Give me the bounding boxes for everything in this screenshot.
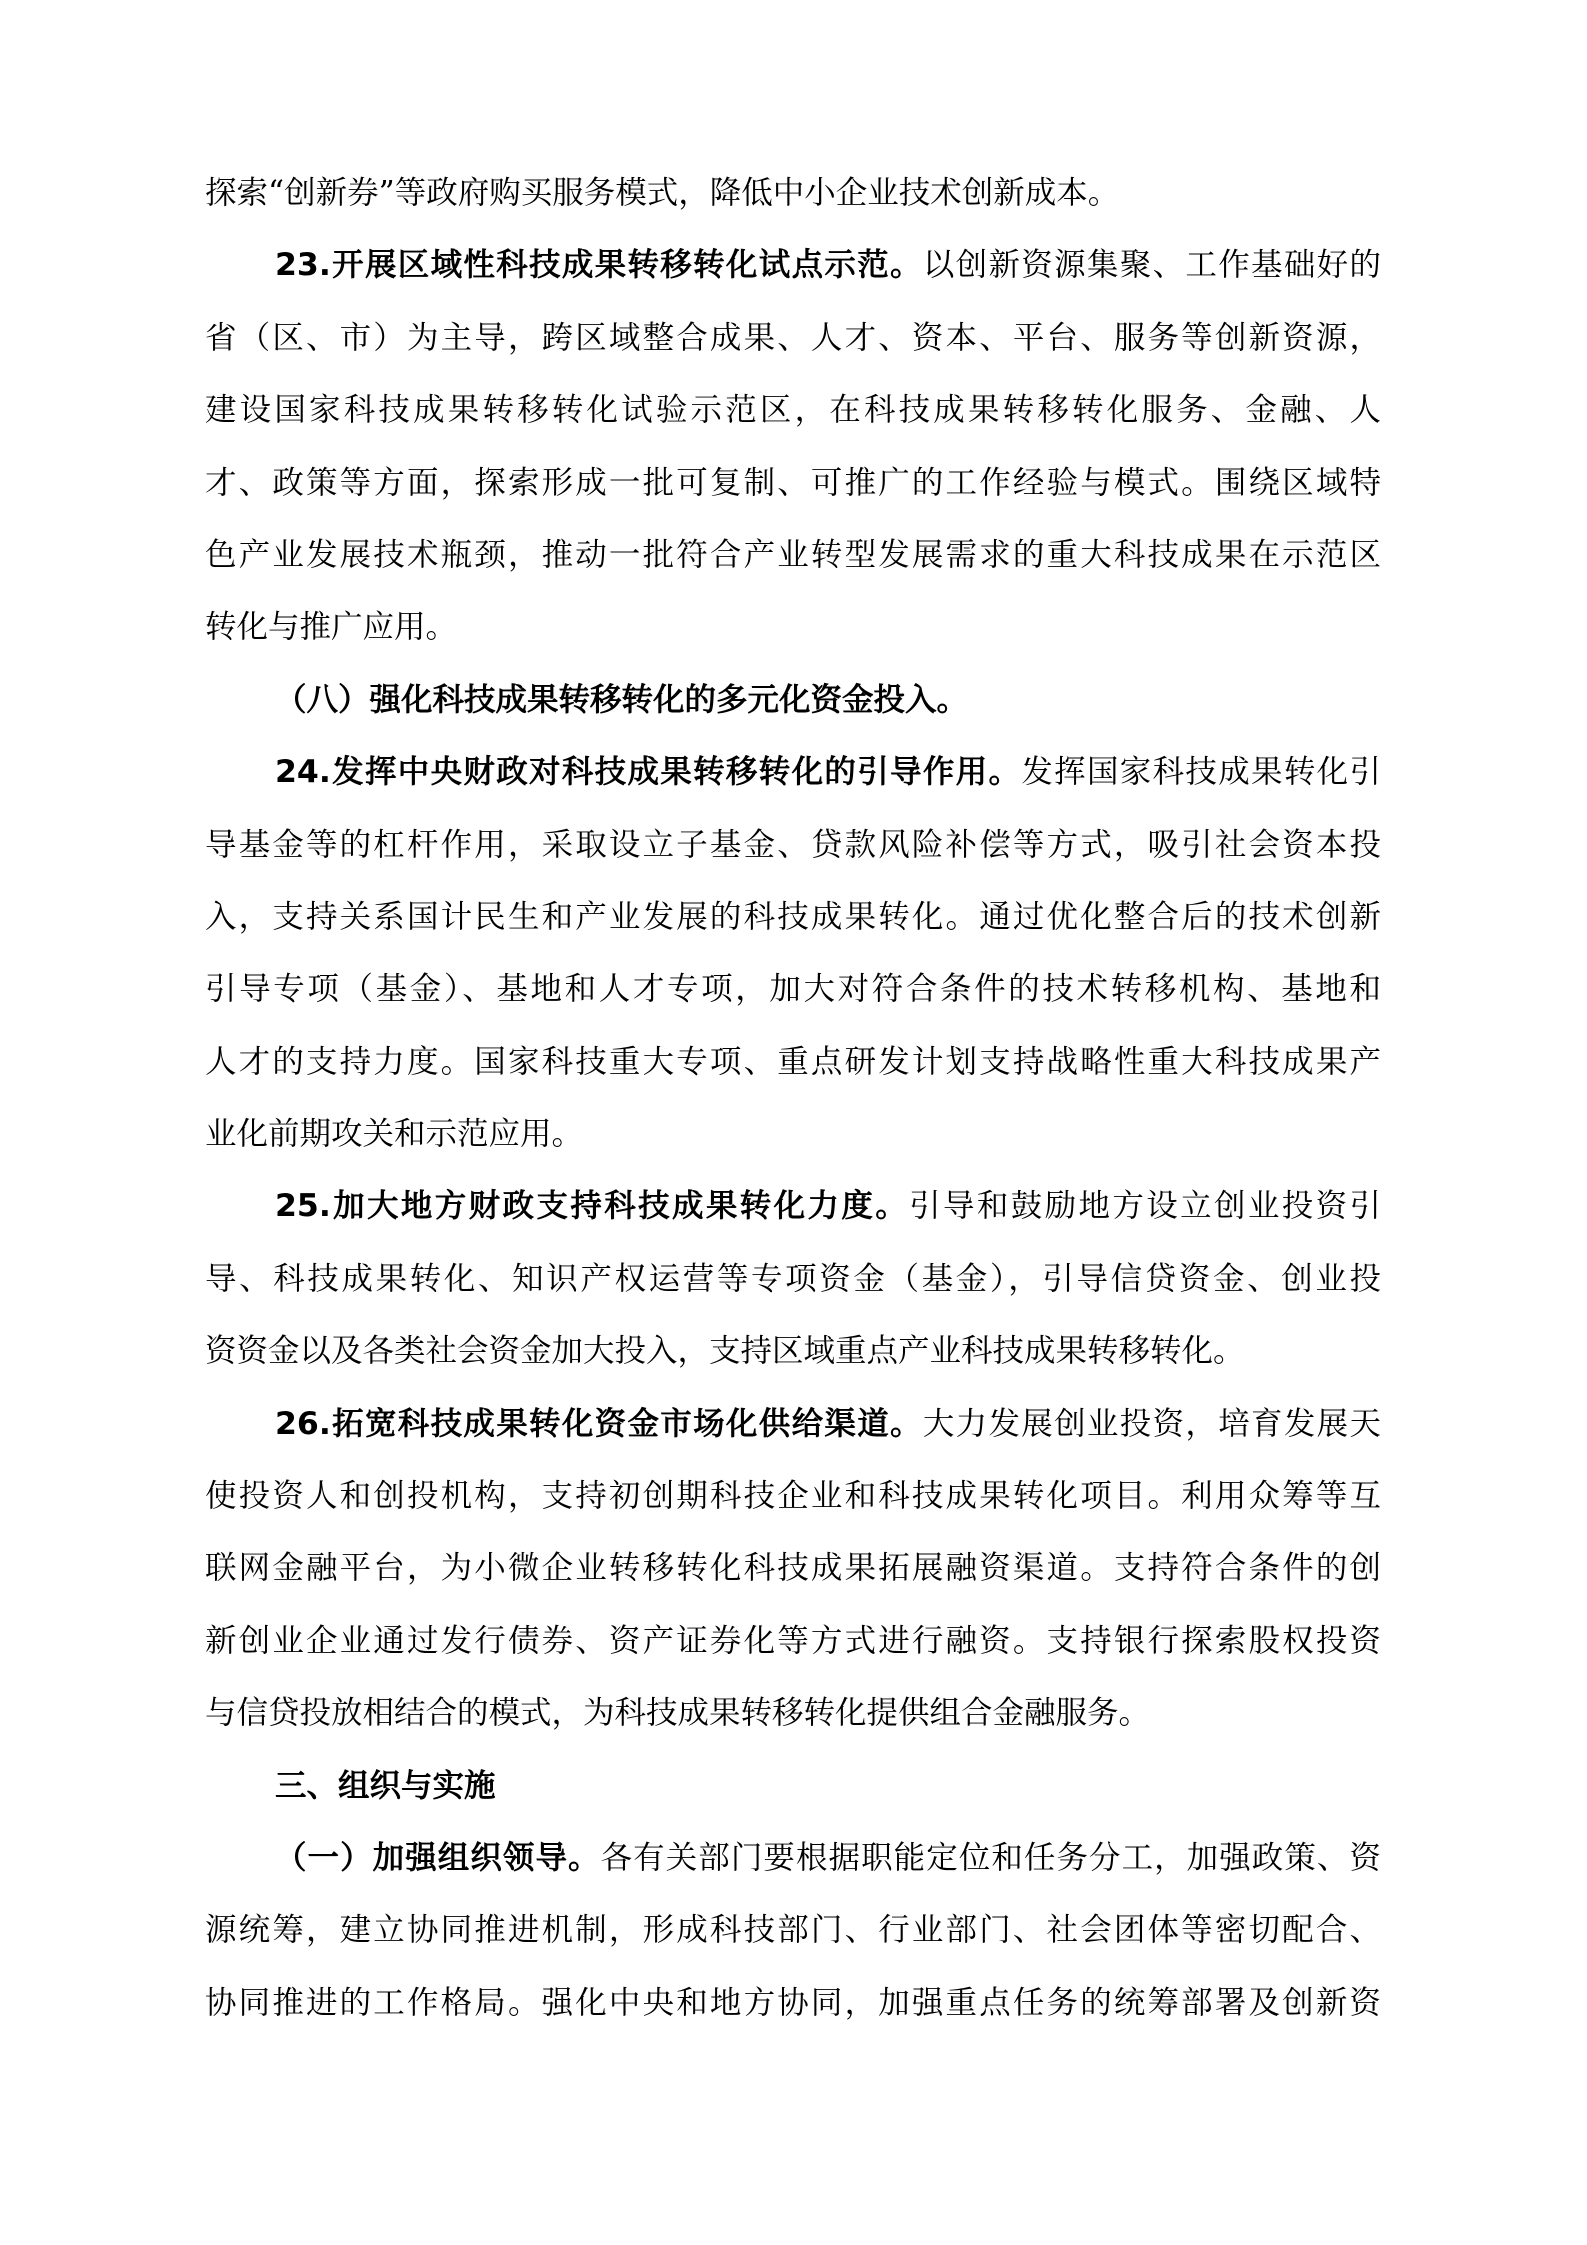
heading-segment: （八）强化科技成果转移转化的多元化资金投入。 xyxy=(275,682,968,718)
body-text-segment: 联网金融平台，为小微企业转移转化科技成果拓展融资渠道。支持符合条件的创 xyxy=(205,1550,1381,1586)
body-text-segment: 源统筹，建立协同推进机制，形成科技部门、行业部门、社会团体等密切配合、 xyxy=(205,1912,1381,1948)
text-line: 省（区、市）为主导，跨区域整合成果、人才、资本、平台、服务等创新资源， xyxy=(205,302,1381,374)
text-line: （八）强化科技成果转移转化的多元化资金投入。 xyxy=(205,664,1381,736)
text-line: 导、科技成果转化、知识产权运营等专项资金（基金），引导信贷资金、创业投 xyxy=(205,1243,1381,1315)
text-line: 25.加大地方财政支持科技成果转化力度。引导和鼓励地方设立创业投资引 xyxy=(205,1170,1381,1242)
body-text-segment: 转化与推广应用。 xyxy=(205,609,457,645)
text-line: 23.开展区域性科技成果转移转化试点示范。以创新资源集聚、工作基础好的 xyxy=(205,229,1381,301)
text-line: 资资金以及各类社会资金加大投入，支持区域重点产业科技成果转移转化。 xyxy=(205,1315,1381,1387)
text-line: 入，支持关系国计民生和产业发展的科技成果转化。通过优化整合后的技术创新 xyxy=(205,881,1381,953)
text-line: （一）加强组织领导。各有关部门要根据职能定位和任务分工，加强政策、资 xyxy=(205,1822,1381,1894)
body-text-segment: 新创业企业通过发行债券、资产证券化等方式进行融资。支持银行探索股权投资 xyxy=(205,1623,1381,1659)
text-line: 联网金融平台，为小微企业转移转化科技成果拓展融资渠道。支持符合条件的创 xyxy=(205,1532,1381,1604)
text-line: 24.发挥中央财政对科技成果转移转化的引导作用。发挥国家科技成果转化引 xyxy=(205,736,1381,808)
body-text-segment: 使投资人和创投机构，支持初创期科技企业和科技成果转化项目。利用众筹等互 xyxy=(205,1478,1381,1514)
text-line: 转化与推广应用。 xyxy=(205,591,1381,663)
body-text-segment: 省（区、市）为主导，跨区域整合成果、人才、资本、平台、服务等创新资源， xyxy=(205,320,1381,356)
text-line: 与信贷投放相结合的模式，为科技成果转移转化提供组合金融服务。 xyxy=(205,1677,1381,1749)
text-line: 协同推进的工作格局。强化中央和地方协同，加强重点任务的统筹部署及创新资 xyxy=(205,1967,1381,2039)
text-line: 使投资人和创投机构，支持初创期科技企业和科技成果转化项目。利用众筹等互 xyxy=(205,1460,1381,1532)
heading-segment: 三、组织与实施 xyxy=(275,1768,496,1804)
body-text-segment: 导基金等的杠杆作用，采取设立子基金、贷款风险补偿等方式，吸引社会资本投 xyxy=(205,827,1381,863)
body-text-segment: 入，支持关系国计民生和产业发展的科技成果转化。通过优化整合后的技术创新 xyxy=(205,899,1381,935)
body-text-segment: 与信贷投放相结合的模式，为科技成果转移转化提供组合金融服务。 xyxy=(205,1695,1150,1731)
body-text-segment: 协同推进的工作格局。强化中央和地方协同，加强重点任务的统筹部署及创新资 xyxy=(205,1985,1381,2021)
heading-segment: 26.拓宽科技成果转化资金市场化供给渠道。 xyxy=(275,1406,923,1442)
document-body: 探索“创新券”等政府购买服务模式，降低中小企业技术创新成本。23.开展区域性科技… xyxy=(205,157,1381,2039)
body-text-segment: 各有关部门要根据职能定位和任务分工，加强政策、资 xyxy=(601,1840,1381,1876)
body-text-segment: 发挥国家科技成果转化引 xyxy=(1021,754,1381,790)
text-line: 源统筹，建立协同推进机制，形成科技部门、行业部门、社会团体等密切配合、 xyxy=(205,1894,1381,1966)
text-line: 三、组织与实施 xyxy=(205,1750,1381,1822)
body-text-segment: 人才的支持力度。国家科技重大专项、重点研发计划支持战略性重大科技成果产 xyxy=(205,1044,1381,1080)
body-text-segment: 探索“创新券”等政府购买服务模式，降低中小企业技术创新成本。 xyxy=(205,175,1119,211)
body-text-segment: 才、政策等方面，探索形成一批可复制、可推广的工作经验与模式。围绕区域特 xyxy=(205,465,1381,501)
text-line: 导基金等的杠杆作用，采取设立子基金、贷款风险补偿等方式，吸引社会资本投 xyxy=(205,809,1381,881)
text-line: 引导专项（基金）、基地和人才专项，加大对符合条件的技术转移机构、基地和 xyxy=(205,953,1381,1025)
text-line: 建设国家科技成果转移转化试验示范区，在科技成果转移转化服务、金融、人 xyxy=(205,374,1381,446)
text-line: 人才的支持力度。国家科技重大专项、重点研发计划支持战略性重大科技成果产 xyxy=(205,1026,1381,1098)
body-text-segment: 资资金以及各类社会资金加大投入，支持区域重点产业科技成果转移转化。 xyxy=(205,1333,1245,1369)
heading-segment: （一）加强组织领导。 xyxy=(275,1840,601,1876)
body-text-segment: 引导和鼓励地方设立创业投资引 xyxy=(909,1188,1381,1224)
body-text-segment: 业化前期攻关和示范应用。 xyxy=(205,1116,583,1152)
body-text-segment: 色产业发展技术瓶颈，推动一批符合产业转型发展需求的重大科技成果在示范区 xyxy=(205,537,1381,573)
heading-segment: 24.发挥中央财政对科技成果转移转化的引导作用。 xyxy=(275,754,1021,790)
document-page: 探索“创新券”等政府购买服务模式，降低中小企业技术创新成本。23.开展区域性科技… xyxy=(0,0,1587,2245)
body-text-segment: 以创新资源集聚、工作基础好的 xyxy=(923,247,1381,283)
text-line: 才、政策等方面，探索形成一批可复制、可推广的工作经验与模式。围绕区域特 xyxy=(205,447,1381,519)
body-text-segment: 建设国家科技成果转移转化试验示范区，在科技成果转移转化服务、金融、人 xyxy=(205,392,1381,428)
text-line: 26.拓宽科技成果转化资金市场化供给渠道。大力发展创业投资，培育发展天 xyxy=(205,1388,1381,1460)
text-line: 色产业发展技术瓶颈，推动一批符合产业转型发展需求的重大科技成果在示范区 xyxy=(205,519,1381,591)
text-line: 探索“创新券”等政府购买服务模式，降低中小企业技术创新成本。 xyxy=(205,157,1381,229)
heading-segment: 25.加大地方财政支持科技成果转化力度。 xyxy=(275,1188,909,1224)
text-line: 新创业企业通过发行债券、资产证券化等方式进行融资。支持银行探索股权投资 xyxy=(205,1605,1381,1677)
heading-segment: 23.开展区域性科技成果转移转化试点示范。 xyxy=(275,247,923,283)
body-text-segment: 导、科技成果转化、知识产权运营等专项资金（基金），引导信贷资金、创业投 xyxy=(205,1261,1381,1297)
body-text-segment: 大力发展创业投资，培育发展天 xyxy=(923,1406,1381,1442)
text-line: 业化前期攻关和示范应用。 xyxy=(205,1098,1381,1170)
body-text-segment: 引导专项（基金）、基地和人才专项，加大对符合条件的技术转移机构、基地和 xyxy=(205,971,1381,1007)
